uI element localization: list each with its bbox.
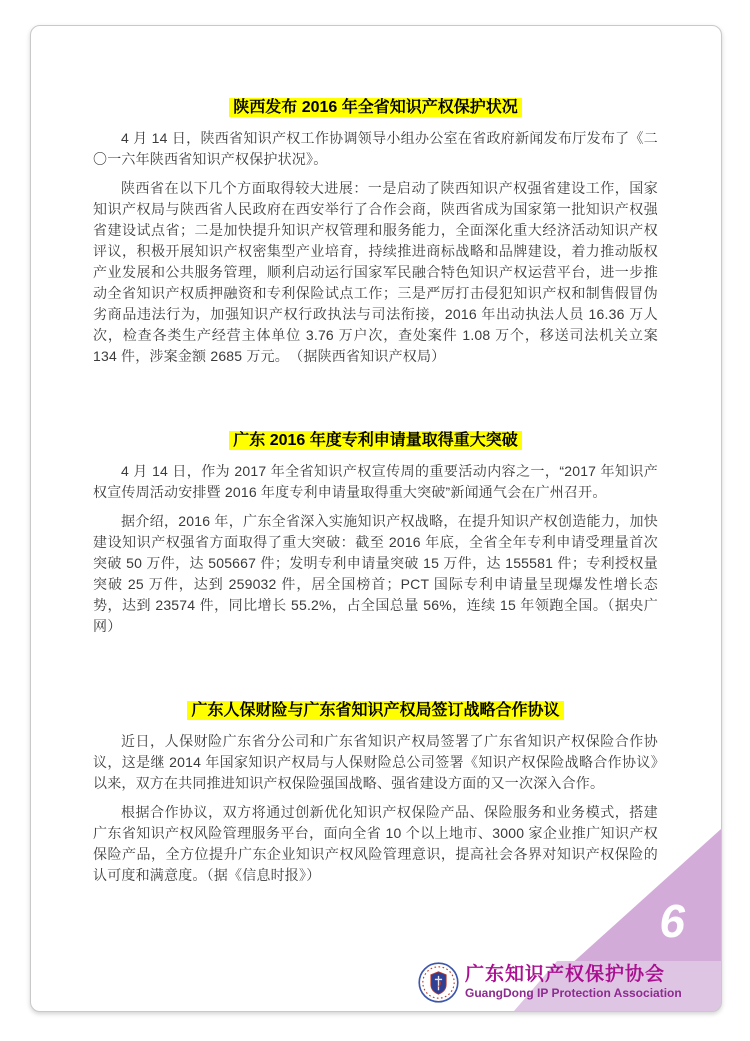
article-shaanxi-ip-report: 陕西发布 2016 年全省知识产权保护状况 4 月 14 日，陕西省知识产权工作… (93, 96, 658, 367)
association-emblem-icon (418, 962, 459, 1003)
article-paragraph: 据介绍，2016 年，广东全省深入实施知识产权战略，在提升知识产权创造能力，加快… (93, 511, 658, 637)
headline-highlight: 广东人保财险与广东省知识产权局签订战略合作协议 (187, 701, 563, 720)
article-paragraph: 近日，人保财险广东省分公司和广东省知识产权局签署了广东省知识产权保险合作协议，这… (93, 731, 658, 794)
article-headline: 陕西发布 2016 年全省知识产权保护状况 (93, 96, 658, 120)
org-name-block: 广东知识产权保护协会 GuangDong IP Protection Assoc… (465, 964, 682, 1001)
newsletter-page: 陕西发布 2016 年全省知识产权保护状况 4 月 14 日，陕西省知识产权工作… (30, 25, 722, 1012)
article-guangdong-patent-breakthrough: 广东 2016 年度专利申请量取得重大突破 4 月 14 日，作为 2017 年… (93, 429, 658, 637)
page-content: 陕西发布 2016 年全省知识产权保护状况 4 月 14 日，陕西省知识产权工作… (31, 26, 721, 894)
newsletter-canvas: 陕西发布 2016 年全省知识产权保护状况 4 月 14 日，陕西省知识产权工作… (0, 0, 750, 1041)
article-paragraph: 陕西省在以下几个方面取得较大进展：一是启动了陕西知识产权强省建设工作，国家知识产… (93, 178, 658, 367)
org-name-en: GuangDong IP Protection Association (465, 986, 682, 1001)
page-number: 6 (659, 898, 685, 944)
article-paragraph: 4 月 14 日，陕西省知识产权工作协调领导小组办公室在省政府新闻发布厅发布了《… (93, 128, 658, 170)
org-name-zh: 广东知识产权保护协会 (465, 964, 682, 986)
headline-highlight: 广东 2016 年度专利申请量取得重大突破 (229, 431, 522, 450)
headline-highlight: 陕西发布 2016 年全省知识产权保护状况 (229, 98, 522, 117)
association-logo: 广东知识产权保护协会 GuangDong IP Protection Assoc… (418, 962, 682, 1003)
article-paragraph: 4 月 14 日，作为 2017 年全省知识产权宣传周的重要活动内容之一，“20… (93, 461, 658, 503)
article-headline: 广东人保财险与广东省知识产权局签订战略合作协议 (93, 699, 658, 723)
article-headline: 广东 2016 年度专利申请量取得重大突破 (93, 429, 658, 453)
article-paragraph: 根据合作协议，双方将通过创新优化知识产权保险产品、保险服务和业务模式，搭建广东省… (93, 802, 658, 886)
article-picc-cooperation-agreement: 广东人保财险与广东省知识产权局签订战略合作协议 近日，人保财险广东省分公司和广东… (93, 699, 658, 886)
